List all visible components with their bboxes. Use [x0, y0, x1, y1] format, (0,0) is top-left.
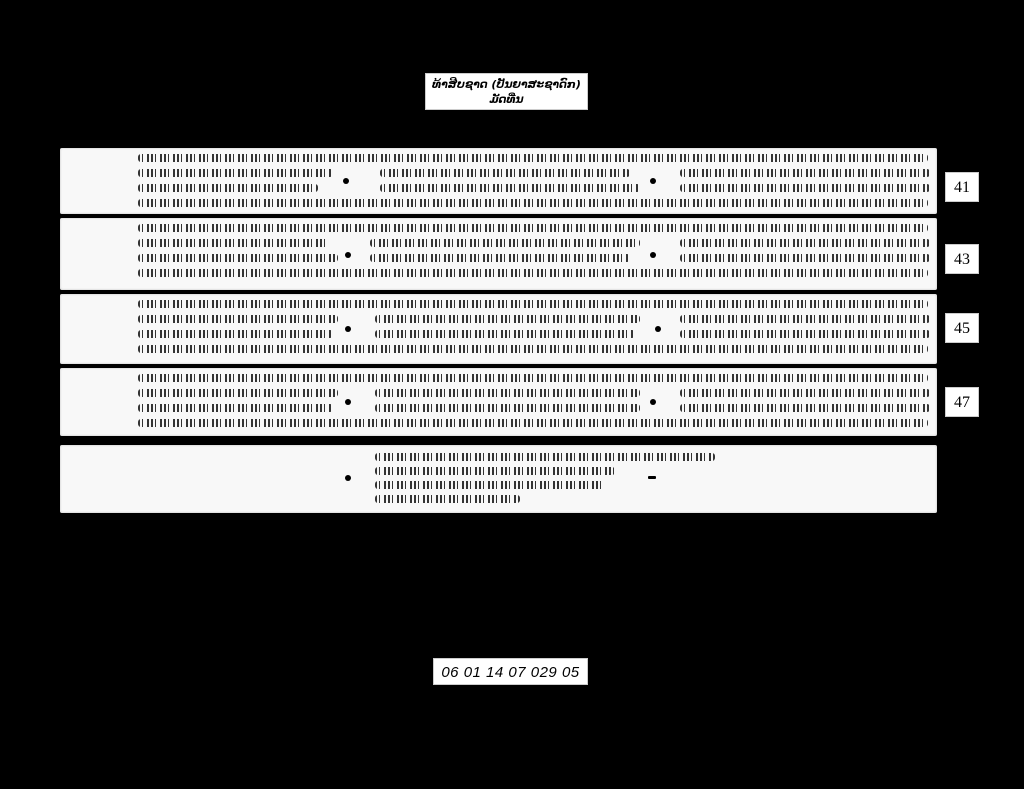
leaf-number-label: 45: [945, 313, 979, 343]
binding-hole-right: [650, 178, 656, 184]
binding-hole-right: [650, 399, 656, 405]
binding-hole-left: [345, 475, 351, 481]
title-label: ທ້າສີບຊາດ (ປັນຍາສະຊາດົກ) ມັດທີ່ນ: [425, 73, 588, 110]
binding-hole-right: [650, 252, 656, 258]
title-line-1: ທ້າສີບຊາດ (ປັນຍາສະຊາດົກ): [426, 77, 587, 92]
manuscript-leaf-final: [60, 445, 937, 513]
archive-id-label: 06 01 14 07 029 05: [433, 658, 588, 685]
manuscript-leaf-41: [60, 148, 937, 214]
leaf-number-label: 47: [945, 387, 979, 417]
leaf-script-text: [60, 218, 937, 290]
manuscript-leaf-45: [60, 294, 937, 364]
binding-hole-right: [648, 476, 656, 479]
binding-hole-right: [655, 326, 661, 332]
title-line-2: ມັດທີ່ນ: [426, 92, 587, 107]
manuscript-leaf-43: [60, 218, 937, 290]
leaf-script-text: [60, 148, 937, 214]
binding-hole-left: [343, 178, 349, 184]
leaf-number-label: 43: [945, 244, 979, 274]
leaf-script-text: [60, 294, 937, 364]
binding-hole-left: [345, 252, 351, 258]
leaf-script-text: [60, 445, 937, 513]
binding-hole-left: [345, 326, 351, 332]
leaf-script-text: [60, 368, 937, 436]
binding-hole-left: [345, 399, 351, 405]
leaf-number-label: 41: [945, 172, 979, 202]
manuscript-leaf-47: [60, 368, 937, 436]
